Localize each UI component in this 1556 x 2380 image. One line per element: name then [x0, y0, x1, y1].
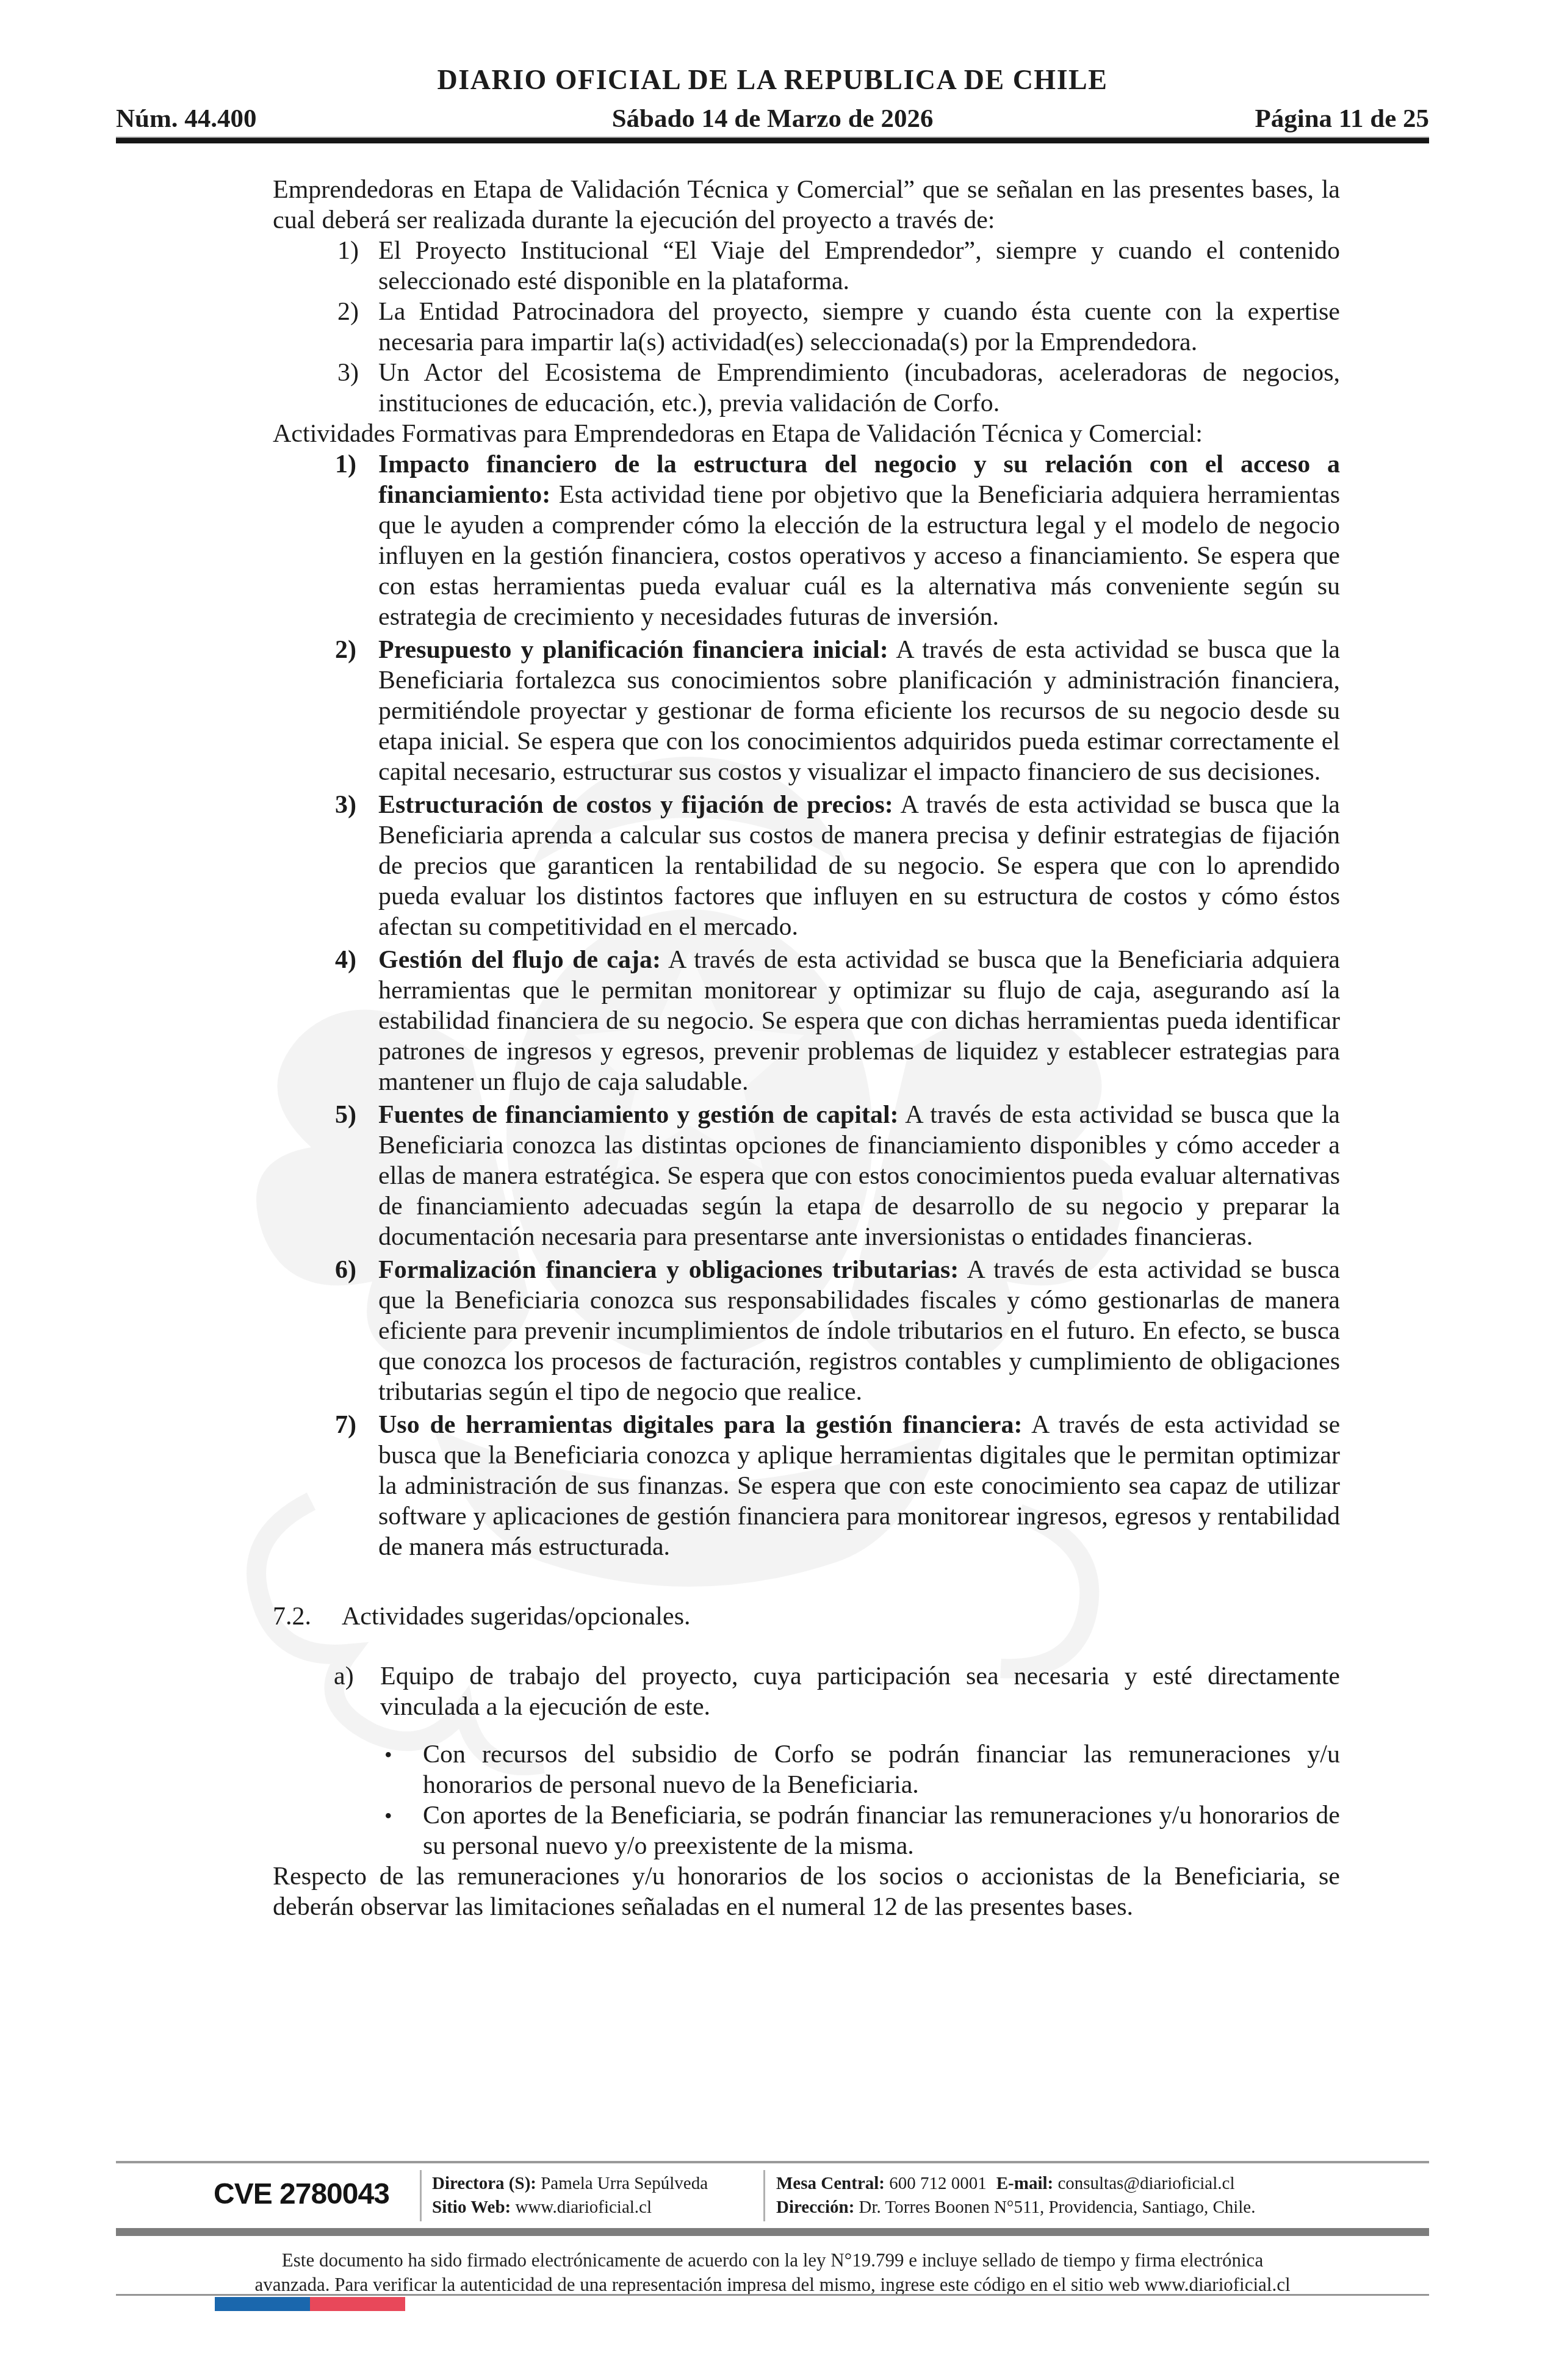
bullet-item: • Con aportes de la Beneficiaria, se pod…	[273, 1800, 1340, 1861]
header-meta-row: Núm. 44.400 Sábado 14 de Marzo de 2026 P…	[116, 104, 1429, 137]
closing-paragraph: Respecto de las remuneraciones y/u honor…	[273, 1861, 1340, 1922]
bullet-icon: •	[384, 1740, 392, 1770]
page-title: DIARIO OFICIAL DE LA REPUBLICA DE CHILE	[116, 63, 1429, 96]
director-line: Directora (S): Pamela Urra Sepúlveda	[432, 2172, 708, 2196]
section-title: Actividades sugeridas/opcionales.	[342, 1603, 691, 1631]
delivery-channel-list: 1) El Proyecto Institucional “El Viaje d…	[273, 236, 1340, 419]
item-number: 1)	[337, 236, 359, 266]
footer-contact-column: Mesa Central: 600 712 0001E-mail: consul…	[776, 2172, 1255, 2220]
activities-heading: Actividades Formativas para Emprendedora…	[273, 419, 1340, 449]
activity-number: 3)	[335, 790, 356, 820]
activity-number: 4)	[335, 945, 356, 975]
footer-middle-rule	[116, 2228, 1429, 2236]
footer-bottom-rule	[116, 2294, 1429, 2296]
bullet-item: • Con recursos del subsidio de Corfo se …	[273, 1739, 1340, 1800]
activity-number: 7)	[335, 1410, 356, 1440]
footer-divider	[420, 2170, 422, 2221]
website-line: Sitio Web: www.diarioficial.cl	[432, 2196, 708, 2220]
item-text: La Entidad Patrocinadora del proyecto, s…	[378, 297, 1340, 358]
footer-top-rule	[116, 2161, 1429, 2163]
activity-number: 1)	[335, 449, 356, 480]
address-value: Dr. Torres Boonen N°511, Providencia, Sa…	[859, 2198, 1256, 2217]
flag-red-segment	[310, 2297, 405, 2311]
phone-label: Mesa Central:	[776, 2174, 885, 2193]
activity-title: Gestión del flujo de caja:	[378, 946, 661, 974]
activity-item: 5) Fuentes de financiamiento y gestión d…	[273, 1100, 1340, 1252]
legal-line-1: Este documento ha sido firmado electróni…	[282, 2249, 1263, 2271]
footer-director-column: Directora (S): Pamela Urra Sepúlveda Sit…	[432, 2172, 708, 2220]
issue-date: Sábado 14 de Marzo de 2026	[116, 104, 1429, 134]
gazette-page: DIARIO OFICIAL DE LA REPUBLICA DE CHILE …	[0, 0, 1556, 2380]
delivery-channel-item: 1) El Proyecto Institucional “El Viaje d…	[273, 236, 1340, 297]
activity-title: Formalización financiera y obligaciones …	[378, 1256, 959, 1284]
bullet-text: Con aportes de la Beneficiaria, se podrá…	[423, 1800, 1340, 1861]
header-rule	[116, 137, 1429, 143]
activity-text: Gestión del flujo de caja: A través de e…	[378, 945, 1340, 1097]
lettered-item-a: a) Equipo de trabajo del proyecto, cuya …	[273, 1661, 1340, 1722]
activity-text: Impacto financiero de la estructura del …	[378, 449, 1340, 632]
delivery-channel-item: 3) Un Actor del Ecosistema de Emprendimi…	[273, 358, 1340, 419]
activity-text: Estructuración de costos y fijación de p…	[378, 790, 1340, 942]
activity-title: Uso de herramientas digitales para la ge…	[378, 1411, 1022, 1439]
activity-text: Fuentes de financiamiento y gestión de c…	[378, 1100, 1340, 1252]
activity-text: Uso de herramientas digitales para la ge…	[378, 1410, 1340, 1562]
legal-notice: Este documento ha sido firmado electróni…	[116, 2248, 1429, 2297]
footer-info-row: CVE 2780043 Directora (S): Pamela Urra S…	[214, 2170, 1431, 2223]
section-7-2-heading: 7.2. Actividades sugeridas/opcionales.	[273, 1601, 1340, 1632]
activity-text: Formalización financiera y obligaciones …	[378, 1255, 1340, 1407]
phone-email-line: Mesa Central: 600 712 0001E-mail: consul…	[776, 2172, 1255, 2196]
footer-divider	[763, 2170, 765, 2221]
section-number: 7.2.	[273, 1601, 311, 1632]
item-letter: a)	[334, 1661, 354, 1692]
director-name: Pamela Urra Sepúlveda	[541, 2174, 708, 2193]
activity-item: 3) Estructuración de costos y fijación d…	[273, 790, 1340, 942]
chile-flag-mark	[215, 2297, 405, 2311]
page-indicator: Página 11 de 25	[1255, 104, 1429, 134]
email-address: consultas@diarioficial.cl	[1057, 2174, 1234, 2193]
website-url: www.diarioficial.cl	[515, 2198, 652, 2217]
bullet-text: Con recursos del subsidio de Corfo se po…	[423, 1739, 1340, 1800]
legal-line-2: avanzada. Para verificar la autenticidad…	[254, 2274, 1290, 2295]
item-number: 2)	[337, 297, 359, 327]
activities-list: 1) Impacto financiero de la estructura d…	[273, 449, 1340, 1562]
activity-number: 6)	[335, 1255, 356, 1285]
flag-blue-segment	[215, 2297, 310, 2311]
activity-title: Estructuración de costos y fijación de p…	[378, 791, 893, 819]
director-label: Directora (S):	[432, 2174, 536, 2193]
website-label: Sitio Web:	[432, 2198, 511, 2217]
bullet-icon: •	[384, 1801, 392, 1831]
item-number: 3)	[337, 358, 359, 388]
item-a-text: Equipo de trabajo del proyecto, cuya par…	[380, 1661, 1340, 1722]
activity-number: 5)	[335, 1100, 356, 1130]
activity-title: Presupuesto y planificación financiera i…	[378, 636, 888, 664]
activity-item: 2) Presupuesto y planificación financier…	[273, 635, 1340, 787]
address-line: Dirección: Dr. Torres Boonen N°511, Prov…	[776, 2196, 1255, 2220]
activity-title: Fuentes de financiamiento y gestión de c…	[378, 1101, 899, 1129]
activity-item: 6) Formalización financiera y obligacion…	[273, 1255, 1340, 1407]
activity-number: 2)	[335, 635, 356, 665]
document-body: Emprendedoras en Etapa de Validación Téc…	[273, 175, 1340, 1922]
intro-paragraph: Emprendedoras en Etapa de Validación Téc…	[273, 175, 1340, 236]
activity-text: Presupuesto y planificación financiera i…	[378, 635, 1340, 787]
phone-number: 600 712 0001	[889, 2174, 987, 2193]
email-label: E-mail:	[996, 2174, 1053, 2193]
address-label: Dirección:	[776, 2198, 854, 2217]
activity-item: 1) Impacto financiero de la estructura d…	[273, 449, 1340, 632]
activity-item: 7) Uso de herramientas digitales para la…	[273, 1410, 1340, 1562]
cve-code: CVE 2780043	[214, 2177, 389, 2211]
delivery-channel-item: 2) La Entidad Patrocinadora del proyecto…	[273, 297, 1340, 358]
activity-item: 4) Gestión del flujo de caja: A través d…	[273, 945, 1340, 1097]
item-text: Un Actor del Ecosistema de Emprendimient…	[378, 358, 1340, 419]
item-text: El Proyecto Institucional “El Viaje del …	[378, 236, 1340, 297]
bullet-list: • Con recursos del subsidio de Corfo se …	[273, 1739, 1340, 1861]
